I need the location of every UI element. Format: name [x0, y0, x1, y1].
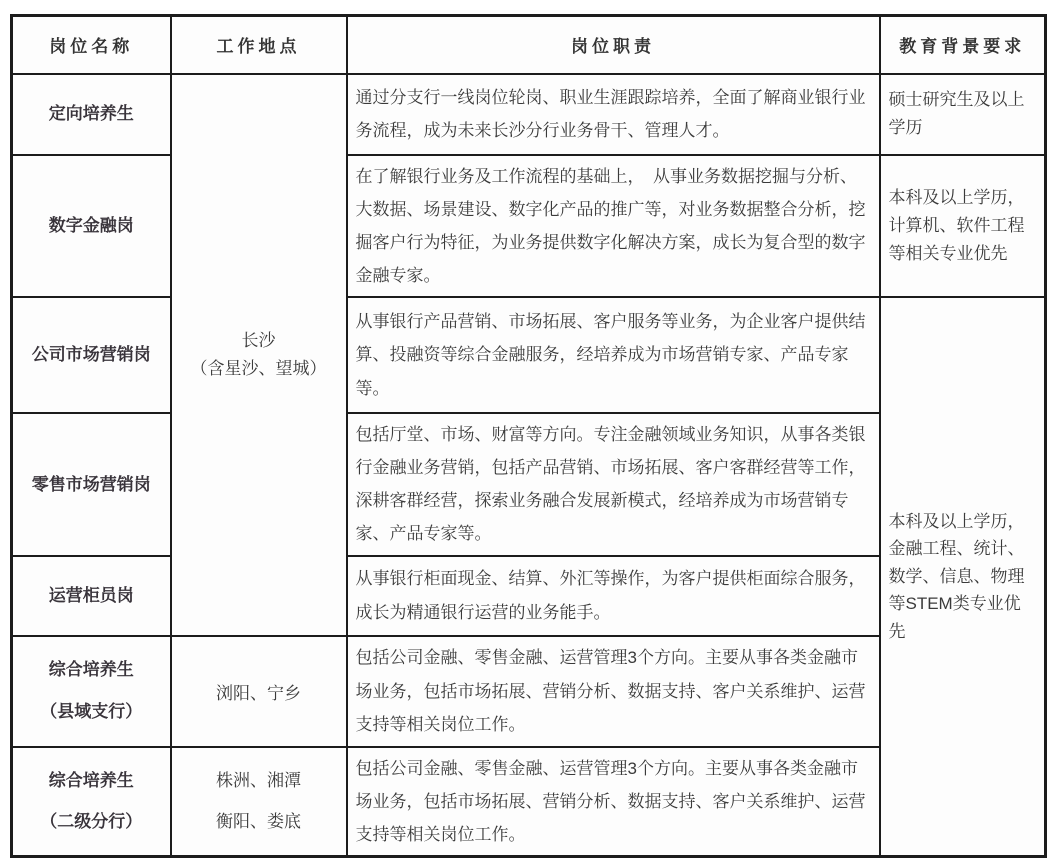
duty-zonghe-erji: 包括公司金融、零售金融、运营管理3个方向。主要从事各类金融市场业务，包括市场拓展…: [347, 747, 880, 857]
recruitment-table: 岗位名称 工作地点 岗位职责 教育背景要求 定向培养生 长沙 （含星沙、望城） …: [10, 14, 1047, 858]
table-row: 数字金融岗 在了解银行业务及工作流程的基础上， 从事业务数据挖掘与分析、大数据、…: [12, 155, 1046, 298]
education-master: 硕士研究生及以上学历: [880, 74, 1046, 155]
header-duty: 岗位职责: [347, 16, 880, 74]
location-liuyang-ningxiang: 浏阳、宁乡: [171, 636, 347, 747]
table-row: 公司市场营销岗 从事银行产品营销、市场拓展、客户服务等业务，为企业客户提供结算、…: [12, 297, 1046, 413]
duty-yunying-guiyuan: 从事银行柜面现金、结算、外汇等操作，为客户提供柜面综合服务，成长为精通银行运营的…: [347, 556, 880, 636]
duty-lingshou-yingxiao: 包括厅堂、市场、财富等方向。专注金融领域业务知识，从事各类银行金融业务营销，包括…: [347, 413, 880, 556]
table-row: 定向培养生 长沙 （含星沙、望城） 通过分支行一线岗位轮岗、职业生涯跟踪培养，全…: [12, 74, 1046, 155]
duty-shuzijinrong: 在了解银行业务及工作流程的基础上， 从事业务数据挖掘与分析、大数据、场景建设、数…: [347, 155, 880, 298]
position-zonghe-xianyu: 综合培养生 （县域支行）: [12, 636, 171, 747]
recruitment-table-container: 岗位名称 工作地点 岗位职责 教育背景要求 定向培养生 长沙 （含星沙、望城） …: [10, 14, 1044, 858]
duty-zonghe-xianyu: 包括公司金融、零售金融、运营管理3个方向。主要从事各类金融市场业务，包括市场拓展…: [347, 636, 880, 747]
position-zonghe-erji: 综合培养生 （二级分行）: [12, 747, 171, 857]
location-changsha-merged-cell: 长沙 （含星沙、望城）: [171, 74, 347, 636]
position-gongsi-yingxiao: 公司市场营销岗: [12, 297, 171, 413]
header-location: 工作地点: [171, 16, 347, 74]
position-shuzijinrong: 数字金融岗: [12, 155, 171, 298]
duty-dingxiang: 通过分支行一线岗位轮岗、职业生涯跟踪培养，全面了解商业银行业务流程，成为未来长沙…: [347, 74, 880, 155]
position-yunying-guiyuan: 运营柜员岗: [12, 556, 171, 636]
education-stem-merged-cell: 本科及以上学历，金融工程、统计、数学、信息、物理等STEM类专业优先: [880, 297, 1046, 856]
location-zhuzhou-xiangtan: 株洲、湘潭 衡阳、娄底: [171, 747, 347, 857]
position-lingshou-yingxiao: 零售市场营销岗: [12, 413, 171, 556]
header-position: 岗位名称: [12, 16, 171, 74]
position-dingxiang: 定向培养生: [12, 74, 171, 155]
education-computer: 本科及以上学历，计算机、软件工程等相关专业优先: [880, 155, 1046, 298]
header-row: 岗位名称 工作地点 岗位职责 教育背景要求: [12, 16, 1046, 74]
header-education: 教育背景要求: [880, 16, 1046, 74]
duty-gongsi-yingxiao: 从事银行产品营销、市场拓展、客户服务等业务，为企业客户提供结算、投融资等综合金融…: [347, 297, 880, 413]
